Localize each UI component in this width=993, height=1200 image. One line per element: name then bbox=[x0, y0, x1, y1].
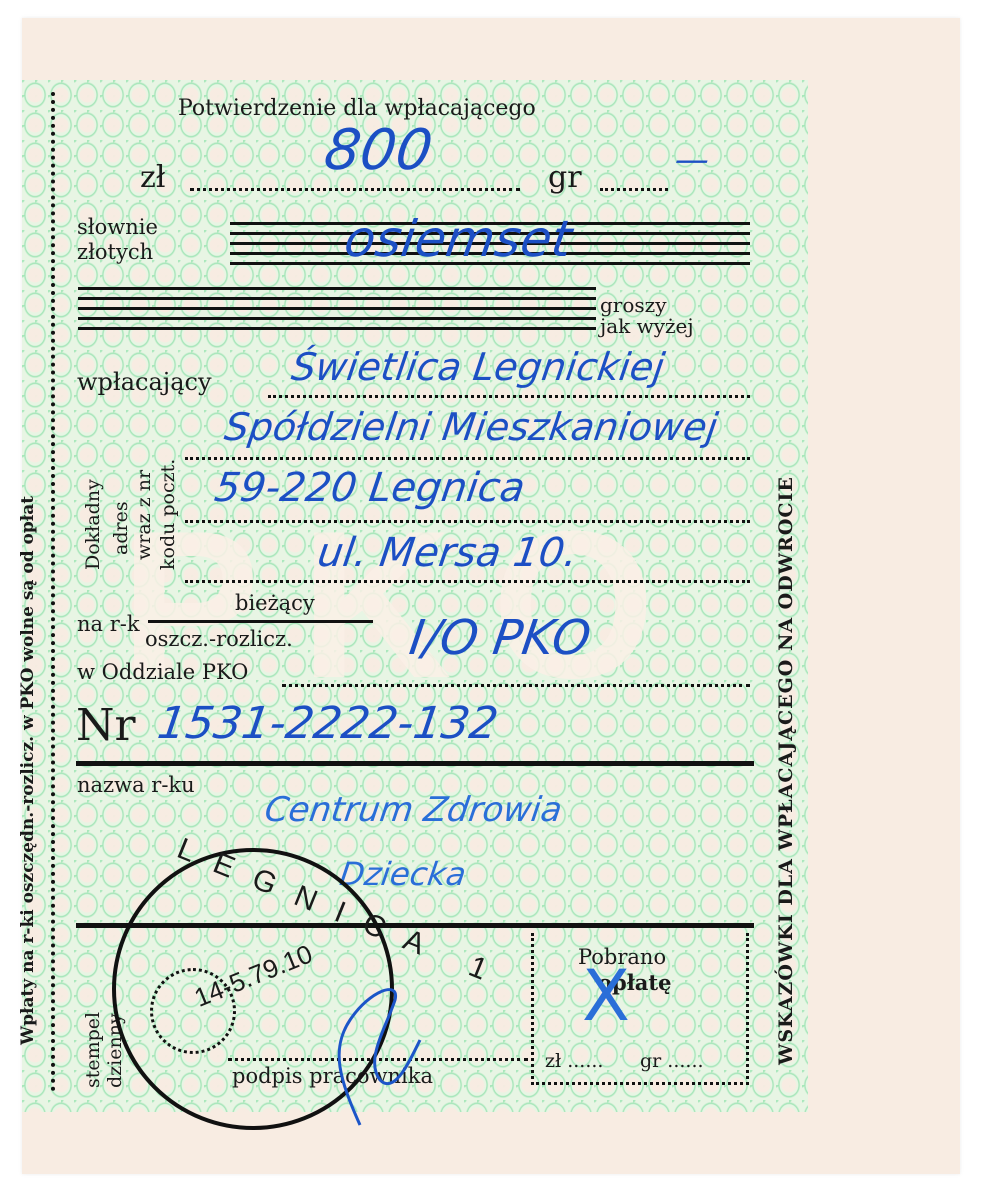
fee-zl: zł ...... bbox=[545, 1050, 603, 1072]
payer-line-4 bbox=[185, 580, 750, 583]
payer-value-1[interactable]: Świetlica Legnickiej bbox=[289, 345, 667, 389]
account-type-label: na r-k bbox=[77, 612, 140, 636]
payer-line-2 bbox=[185, 457, 750, 460]
payer-line-3 bbox=[185, 520, 750, 523]
payer-value-3[interactable]: 59-220 Legnica bbox=[212, 465, 528, 511]
side-note-right: WSKAZÓWKI DLA WPŁACAJĄCEGO NA ODWROCIE bbox=[775, 476, 797, 1065]
branch-value[interactable]: I/O PKO bbox=[406, 610, 594, 666]
account-type-current[interactable]: bieżący bbox=[235, 591, 315, 615]
payer-line-1 bbox=[268, 395, 750, 398]
fee-mark[interactable]: X bbox=[582, 955, 630, 1037]
zl-value[interactable]: 800 bbox=[320, 118, 436, 183]
gr-value[interactable]: — bbox=[672, 140, 712, 180]
account-type-savings[interactable]: oszcz.-rozlicz. bbox=[145, 627, 293, 651]
account-name-line-1[interactable]: Centrum Zdrowia bbox=[262, 790, 564, 830]
zl-label: zł bbox=[140, 160, 166, 195]
account-name-line-2[interactable]: Dziecka bbox=[337, 855, 468, 893]
branch-line bbox=[282, 684, 750, 687]
in-words-label: słownie złotych bbox=[77, 215, 158, 265]
payer-label: wpłacający bbox=[77, 368, 212, 396]
gr-field-line bbox=[600, 188, 668, 191]
payer-value-4[interactable]: ul. Mersa 10. bbox=[315, 530, 581, 576]
in-words-value[interactable]: osiemset bbox=[341, 210, 576, 268]
signature-scribble-icon bbox=[300, 960, 430, 1130]
account-number-value[interactable]: 1531-2222-132 bbox=[154, 698, 501, 749]
payer-value-2[interactable]: Spółdzielni Mieszkaniowej bbox=[222, 405, 721, 449]
perforation-line bbox=[51, 92, 55, 1092]
groszy-note: jak wyżej bbox=[600, 314, 694, 338]
zl-field-line bbox=[190, 188, 520, 191]
gr-label: gr bbox=[548, 160, 582, 195]
side-note-left: Wpłaty na r-ki oszczędn.-rozlicz. w PKO … bbox=[18, 496, 38, 1045]
fee-gr: gr ...... bbox=[640, 1050, 704, 1072]
account-type-divider bbox=[148, 620, 373, 623]
account-number-label: Nr bbox=[76, 700, 136, 751]
account-number-rule bbox=[76, 761, 754, 766]
account-name-label: nazwa r-ku bbox=[77, 773, 195, 797]
branch-label: w Oddziale PKO bbox=[77, 660, 248, 684]
